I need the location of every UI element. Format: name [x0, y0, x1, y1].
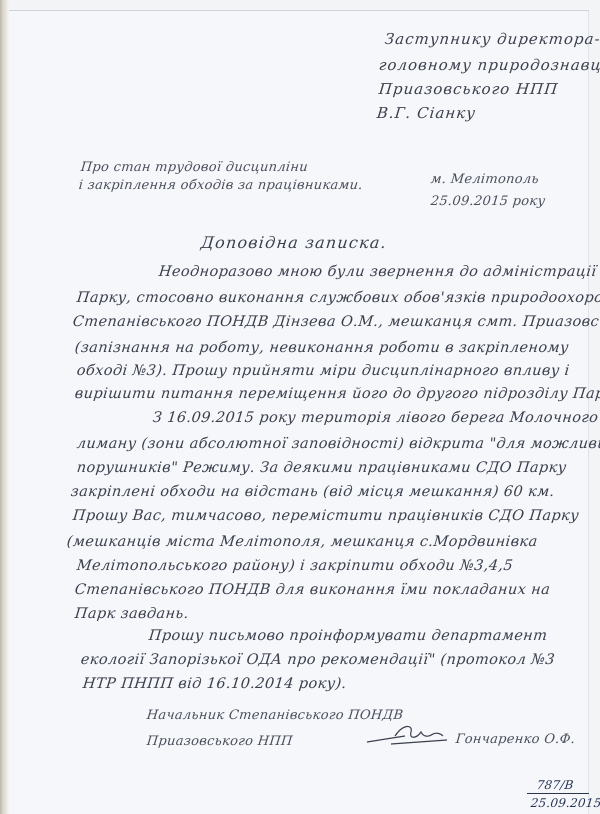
signature-scribble	[365, 722, 455, 748]
document-title: Доповідна записка.	[200, 233, 388, 252]
body-line: (запізнання на роботу, невиконання робот…	[74, 340, 570, 356]
body-line: Прошу письмово проінформувати департамен…	[148, 628, 548, 644]
signatory-position: Начальник Степанівського ПОНДВ	[146, 708, 404, 723]
registration-date: 25.09.2015	[530, 796, 600, 810]
body-line: порушників" Режиму. За деякими працівник…	[76, 460, 567, 476]
addressee-line: Приазовського НПП	[378, 80, 559, 98]
registration-underline	[527, 793, 589, 794]
body-line: закріплені обходи на відстань (від місця…	[70, 484, 555, 500]
body-line: обході №3). Прошу прийняти міри дисциплі…	[76, 363, 570, 379]
addressee-line: головному природознавцю	[378, 56, 600, 74]
city: м. Мелітополь	[430, 172, 540, 187]
body-line: Степанівського ПОНДВ Дінзева О.М., мешка…	[72, 314, 600, 330]
body-line: Парк завдань.	[74, 606, 190, 622]
subject-line: і закріплення обходів за працівниками.	[78, 178, 364, 193]
body-line: Прошу Вас, тимчасово, перемістити праців…	[72, 508, 580, 524]
body-line: Мелітопольського району) і закріпити обх…	[76, 558, 514, 574]
body-line: Парку, стосовно виконання службових обов…	[76, 290, 600, 306]
body-line: З 16.09.2015 року територія лівого берег…	[152, 410, 599, 426]
addressee-line: Заступнику директора-	[384, 30, 600, 48]
subject-line: Про стан трудової дисципліни	[80, 160, 309, 175]
signatory-name: Гончаренко О.Ф.	[455, 732, 576, 747]
body-line: Степанівського ПОНДВ для виконання їми п…	[74, 582, 551, 598]
body-line: лиману (зони абсолютної заповідності) ві…	[76, 436, 600, 452]
registration-number: 787/В	[536, 778, 574, 792]
signatory-organization: Приазовського НПП	[146, 734, 293, 749]
body-line: вирішити питання переміщення його до дру…	[74, 386, 600, 402]
body-line: Неодноразово мною були звернення до адмі…	[158, 264, 597, 280]
body-line: (мешканців міста Мелітополя, мешканця с.…	[66, 534, 538, 550]
document-date: 25.09.2015 року	[430, 194, 546, 209]
body-line: екології Запорізької ОДА про рекомендаці…	[80, 652, 556, 668]
body-line: НТР ПНПП від 16.10.2014 року).	[82, 676, 347, 692]
addressee-name: В.Г. Сіанку	[376, 104, 477, 122]
